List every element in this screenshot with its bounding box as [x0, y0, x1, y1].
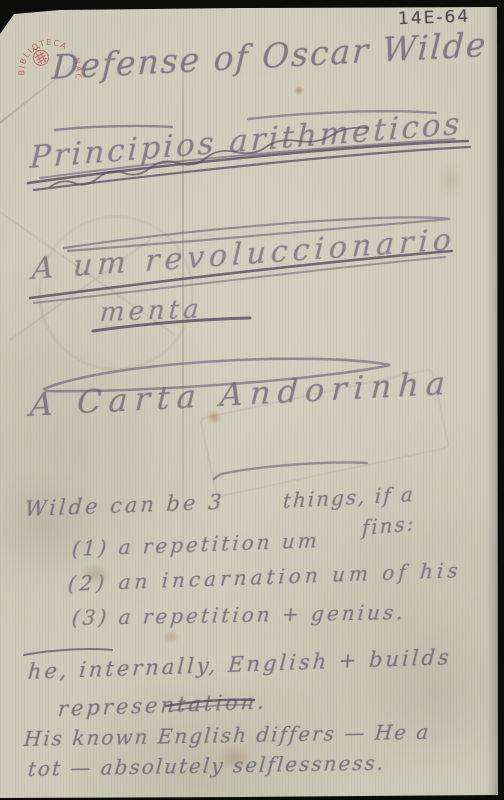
- list-item: (2) an incarnation um of his: [67, 558, 462, 596]
- stain: [438, 160, 464, 200]
- paragraph-line: fins:: [362, 511, 416, 540]
- struck-line-2: A um revoluccionario: [31, 222, 457, 287]
- subtitle-line: A Carta Andorinha: [29, 364, 453, 424]
- paragraph-line: tot — absolutely selflessness.: [27, 751, 386, 781]
- bleedthrough-ghost: [0, 470, 106, 580]
- struck-line-3: menta: [99, 294, 204, 328]
- dash-stroke: [214, 462, 367, 479]
- stain: [294, 86, 304, 95]
- stain: [162, 630, 180, 644]
- bleedthrough-ghost: [38, 215, 194, 371]
- manuscript-page: BIBLIOTECA · NACIONAL 14E-64 Defense of …: [0, 0, 504, 800]
- page-edge-shadow: [487, 0, 499, 800]
- paragraph-line: His known English differs — He a: [23, 720, 431, 751]
- paragraph-line: Wilde can be 3: [24, 490, 225, 521]
- paragraph-line: things, if a: [282, 482, 415, 513]
- bleedthrough-ghost: [360, 620, 504, 770]
- paragraph-line: he, internally, English + builds: [27, 645, 452, 684]
- list-item: (3) a repetition + genius.: [71, 600, 407, 630]
- paragraph-line: representation.: [57, 690, 268, 721]
- title-line: Defense of Oscar Wilde: [51, 25, 488, 87]
- fold-crease: [182, 12, 184, 572]
- dash-stroke: [24, 649, 112, 655]
- list-item: (1) a repetition um: [71, 528, 321, 561]
- struck-line-1: Principios arithmeticos: [29, 106, 463, 176]
